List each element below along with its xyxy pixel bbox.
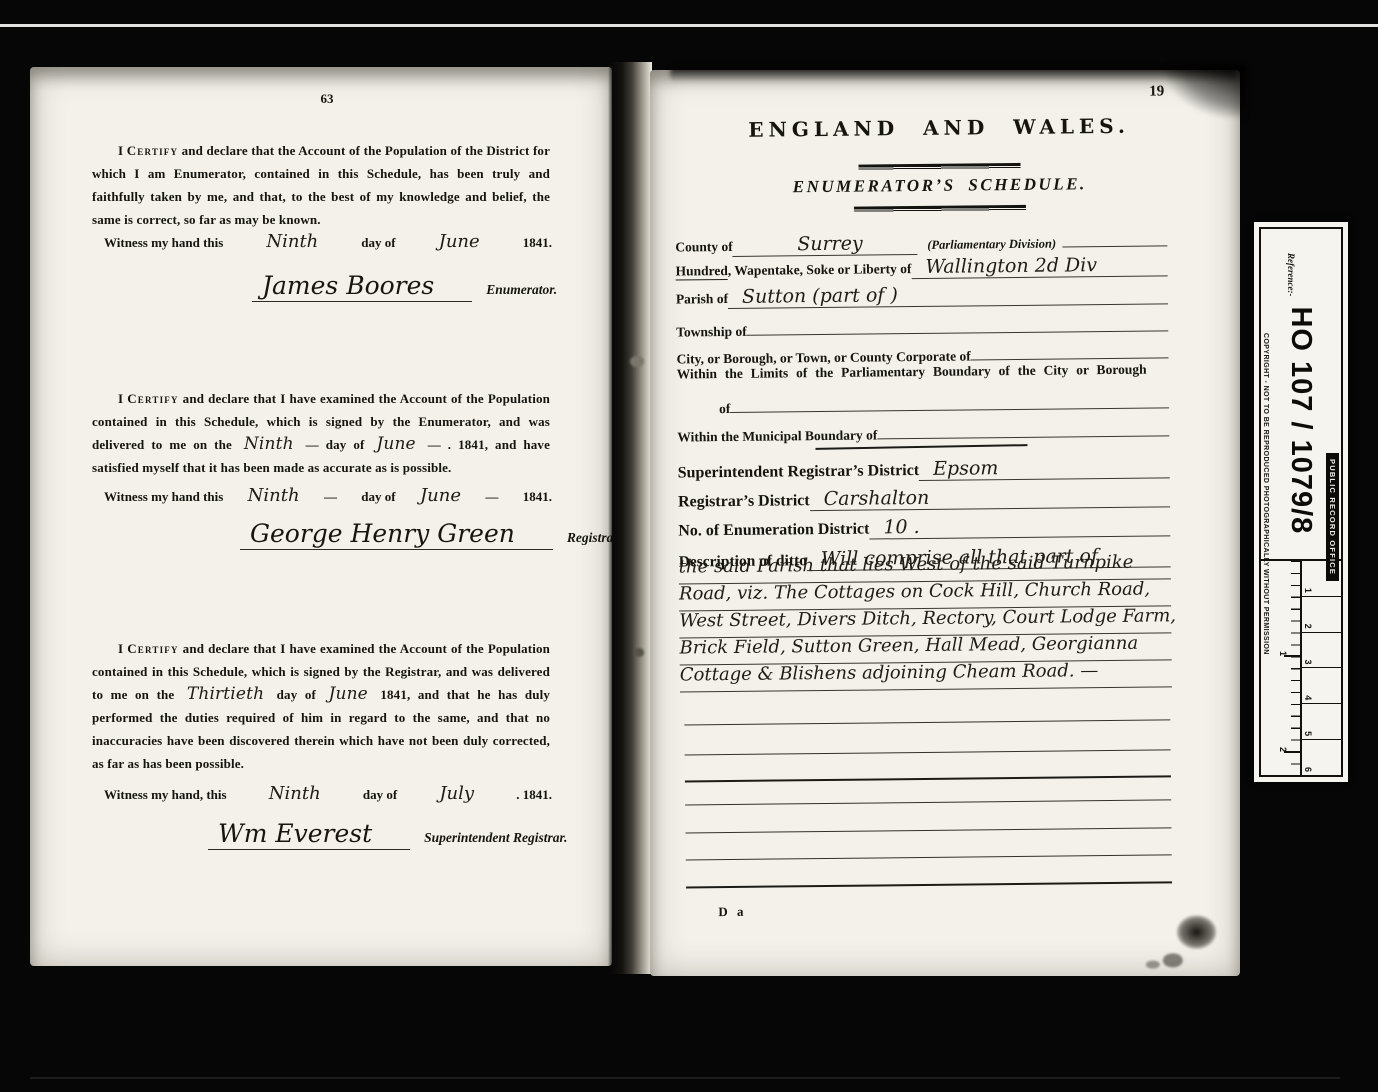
within-limits-of: of (719, 401, 730, 417)
handwritten-text: June (324, 684, 373, 704)
printed-text: I (118, 143, 127, 158)
municipal-label: Within the Municipal Boundary of (677, 427, 877, 445)
ruler-cm-label: 5 (1302, 704, 1341, 740)
ruler-cm-label: 2 (1302, 597, 1341, 633)
county-label: County of (675, 239, 733, 256)
printed-text: — (324, 489, 337, 505)
scan-top-line (0, 24, 1378, 27)
ruler-cm-label: 3 (1302, 633, 1341, 669)
field-parish: Parish of Sutton (part of ) (676, 281, 1168, 309)
field-township: Township of (676, 310, 1168, 340)
public-record-office-label: PUBLIC RECORD OFFICE (1326, 453, 1339, 581)
printed-text: Witness my hand this (104, 489, 223, 505)
blank-ruled-line (686, 881, 1172, 888)
blank-ruled-line (685, 827, 1171, 833)
handwritten-text: June (371, 434, 420, 454)
handwritten-text: Ninth (266, 231, 318, 252)
ruler-inch-label: 2 (1278, 747, 1288, 752)
double-rule (858, 163, 1020, 171)
handwritten-text: June (439, 231, 480, 252)
reference-section: Reference:- HO 107 / 1079/8 PUBLIC RECOR… (1261, 229, 1341, 559)
ruler-cm-label: 4 (1302, 668, 1341, 704)
hundred-label: , Wapentake, Soke or Liberty of (728, 261, 912, 279)
schedule-title: ENGLAND AND WALES. (644, 113, 1234, 143)
registrar-label: Registrar’s District (678, 492, 810, 511)
printed-text: 1841. (523, 489, 552, 505)
right-page: 19 ENGLAND AND WALES. ENUMERATOR’S SCHED… (650, 70, 1240, 976)
handwritten-text: July (439, 783, 474, 804)
printed-text: Witness my hand, this (104, 787, 227, 803)
left-page: 63 I Certify and declare that the Accoun… (30, 67, 612, 966)
signature-name: George Henry Green (240, 519, 553, 550)
within-limits-value (730, 387, 1169, 413)
printed-text: day of (361, 235, 395, 251)
printed-text: I (118, 641, 127, 656)
ruler-centimetres: 1 2 3 4 5 6 (1300, 561, 1341, 775)
census-scan: 63 I Certify and declare that the Accoun… (0, 0, 1378, 1092)
parliamentary-division-label: (Parliamentary Division) (927, 237, 1056, 253)
hundred-label-underlined: Hundred (676, 263, 728, 281)
ruler-cm-label: 6 (1302, 740, 1341, 775)
scan-bottom-line (30, 1077, 1340, 1079)
printed-text: Certify (127, 391, 178, 406)
gutter-smudge (630, 356, 644, 367)
field-municipal-boundary: Within the Municipal Boundary of (677, 415, 1169, 445)
parish-value: Sutton (part of ) (728, 281, 1168, 309)
handwritten-text: Ninth (248, 485, 300, 506)
page-number-right: 19 (1132, 83, 1182, 101)
printed-text: Certify (127, 143, 178, 158)
reference-strip-card: Reference:- HO 107 / 1079/8 PUBLIC RECOR… (1259, 227, 1343, 777)
section-rule (815, 444, 1027, 450)
blank-ruled-line (685, 799, 1171, 805)
schedule-subtitle: ENUMERATOR’S SCHEDULE. (645, 173, 1235, 199)
blank-ruled-line (685, 775, 1171, 782)
printed-text: — (485, 489, 498, 505)
registrar-value: Carshalton (810, 484, 1171, 511)
reference-number: HO 107 / 1079/8 (1285, 306, 1318, 534)
field-superintendent-district: Superintendent Registrar’s District Epso… (678, 455, 1170, 483)
field-hundred: Hundred , Wapentake, Soke or Liberty of … (675, 253, 1167, 281)
reference-strip: Reference:- HO 107 / 1079/8 PUBLIC RECOR… (1254, 222, 1348, 782)
enumeration-label: No. of Enumeration District (678, 521, 869, 541)
field-registrar-district: Registrar’s District Carshalton (678, 484, 1170, 512)
double-rule (854, 205, 1026, 213)
printed-text: day of (269, 687, 323, 702)
city-value (970, 337, 1168, 360)
handwritten-text: June (420, 485, 461, 506)
signature-role: Enumerator. (486, 282, 557, 298)
printed-text: — day of (299, 437, 372, 452)
blank-ruled-line (685, 749, 1171, 755)
right-page-content: 19 ENGLAND AND WALES. ENUMERATOR’S SCHED… (644, 67, 1243, 979)
handwritten-text: Thirtieth (182, 684, 269, 704)
printed-text: . 1841. (516, 787, 552, 803)
handwritten-text: Ninth (269, 783, 321, 804)
blank-ruled-line (686, 854, 1172, 860)
witness-line-superintendent: Witness my hand, thisNinthday ofJuly. 18… (104, 783, 552, 804)
ruler: 1 2 3 4 5 6 1 2 (1261, 559, 1341, 775)
handwritten-text: Ninth (239, 434, 299, 454)
ink-blot (1176, 915, 1216, 949)
witness-line-enumerator: Witness my hand thisNinthday ofJune1841. (104, 231, 552, 252)
gutter-smudge (634, 648, 644, 657)
printed-text: Certify (127, 641, 178, 656)
parish-label: Parish of (676, 291, 728, 308)
enumeration-value: 10 . (869, 513, 1170, 539)
field-county: County of Surrey (Parliamentary Division… (675, 225, 1167, 257)
page-number-left: 63 (302, 91, 352, 107)
field-enumeration-district: No. of Enumeration District 10 . (678, 513, 1170, 541)
municipal-value (877, 415, 1169, 439)
superintendent-value: Epsom (919, 455, 1170, 481)
reference-label: Reference:- (1286, 253, 1296, 296)
ruler-inch-label: 1 (1278, 651, 1288, 656)
township-value (746, 310, 1168, 335)
certificate-paragraph-enumerator: I Certify and declare that the Account o… (92, 139, 550, 231)
hundred-value: Wallington 2d Div (911, 253, 1167, 279)
certificate-paragraph-superintendent: I Certify and declare that I have examin… (92, 637, 550, 775)
description-value-line: Cottage & Blishens adjoining Cheam Road.… (680, 659, 1172, 692)
printed-text: I (118, 391, 127, 406)
signature-name: James Boores (252, 271, 472, 302)
printed-text: 1841. (523, 235, 552, 251)
county-value: Surrey (733, 232, 918, 257)
signature-enumerator: James Boores Enumerator. (252, 271, 557, 302)
signature-superintendent: Wm Everest Superintendent Registrar. (208, 819, 567, 850)
certificate-paragraph-registrar: I Certify and declare that I have examin… (92, 387, 550, 479)
signature-registrar: George Henry Green Registrar. (240, 519, 621, 550)
printed-text: Witness my hand this (104, 235, 223, 251)
printed-text: day of (361, 489, 395, 505)
superintendent-label: Superintendent Registrar’s District (678, 462, 920, 483)
printers-mark: D a (718, 904, 746, 920)
ruler-inches: 1 2 (1261, 561, 1300, 775)
blank-ruled-line (684, 719, 1170, 725)
township-label: Township of (676, 324, 747, 341)
printed-text: day of (363, 787, 397, 803)
witness-line-registrar: Witness my hand thisNinth—day ofJune—184… (104, 485, 552, 506)
within-limits-value-row: of (677, 387, 1169, 417)
signature-name: Wm Everest (208, 819, 410, 850)
parliamentary-division-value (1062, 225, 1167, 247)
signature-role: Superintendent Registrar. (424, 830, 567, 846)
